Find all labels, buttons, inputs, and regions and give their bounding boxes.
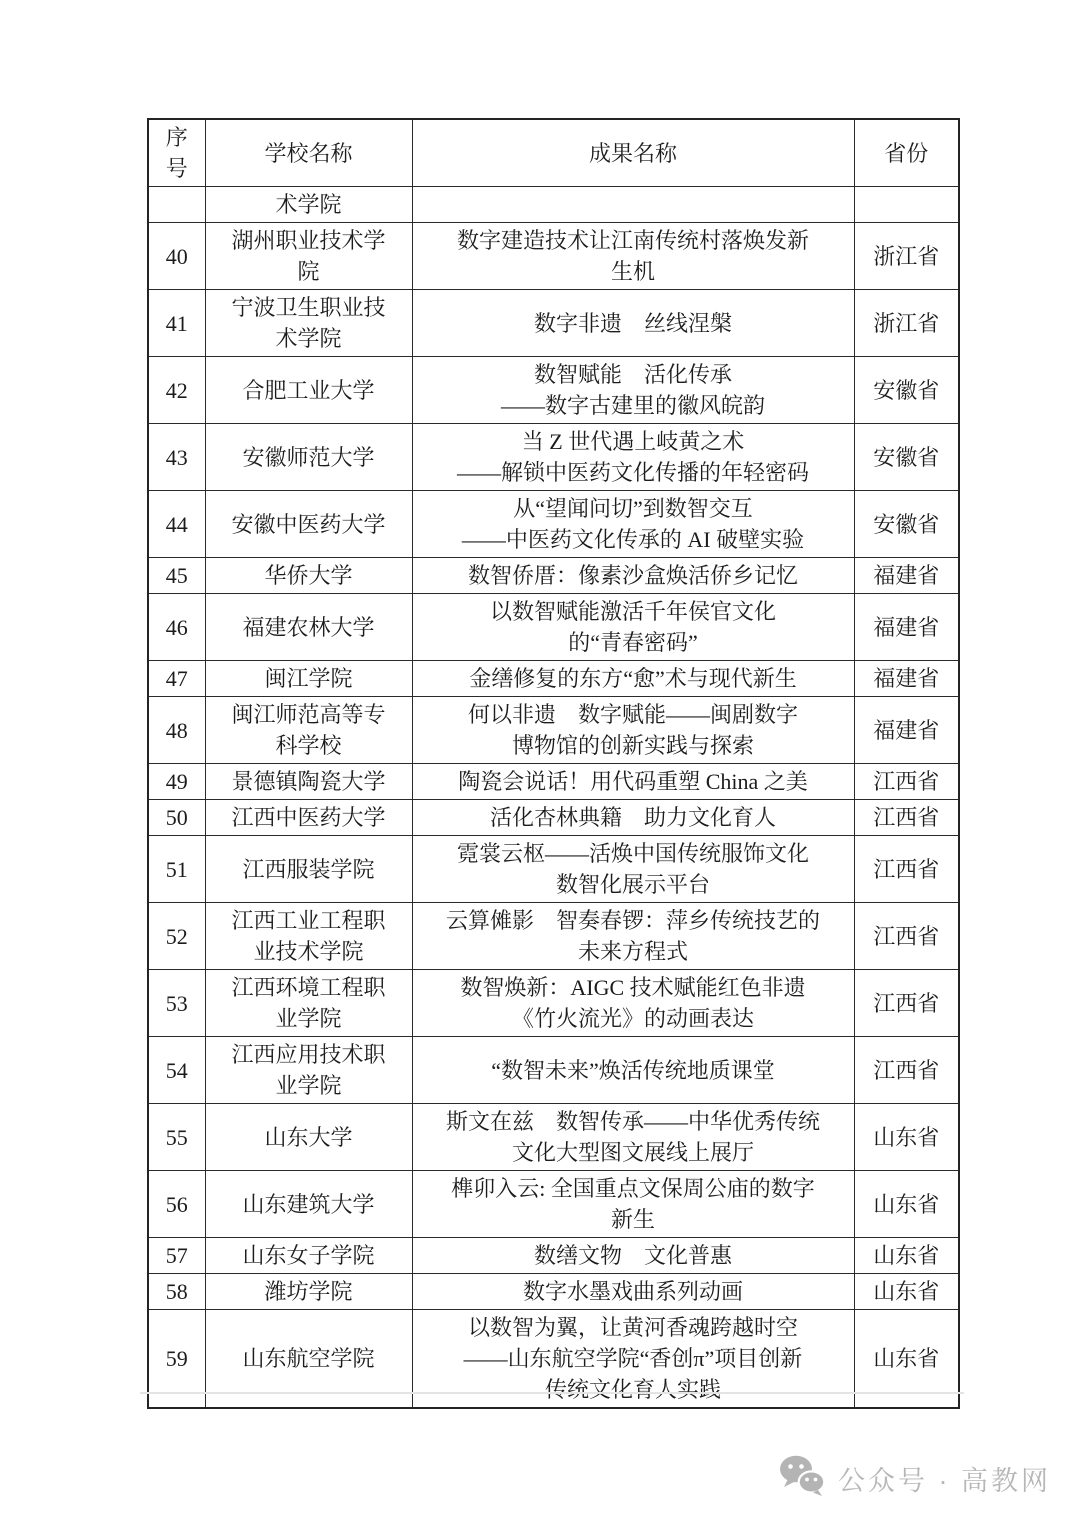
cell-no: 43: [148, 424, 205, 491]
cell-no: 52: [148, 903, 205, 970]
table-row: 47 闽江学院 金缮修复的东方“愈”术与现代新生 福建省: [148, 661, 959, 697]
cell-result: 活化杏林典籍 助力文化育人: [412, 800, 854, 836]
cell-province: 福建省: [854, 558, 959, 594]
cell-province: 江西省: [854, 1037, 959, 1104]
cell-result: 霓裳云枢——活焕中国传统服饰文化 数智化展示平台: [412, 836, 854, 903]
cell-province: 浙江省: [854, 290, 959, 357]
cell-school: 山东建筑大学: [205, 1171, 412, 1238]
cell-school: 闽江学院: [205, 661, 412, 697]
cell-province: 福建省: [854, 697, 959, 764]
cell-school: 合肥工业大学: [205, 357, 412, 424]
cell-school: 闽江师范高等专 科学校: [205, 697, 412, 764]
table-row: 58 潍坊学院 数字水墨戏曲系列动画 山东省: [148, 1274, 959, 1310]
table-row: 46 福建农林大学 以数智赋能激活千年侯官文化 的“青春密码” 福建省: [148, 594, 959, 661]
achievement-table: 序 号 学校名称 成果名称 省份 术学院 40 湖州职业技术学 院 数字建造技术…: [147, 118, 960, 1409]
cell-school: 江西服装学院: [205, 836, 412, 903]
header-no: 序 号: [148, 119, 205, 187]
cell-no: 54: [148, 1037, 205, 1104]
cell-province: 江西省: [854, 800, 959, 836]
table-row: 41 宁波卫生职业技 术学院 数字非遗 丝线涅槃 浙江省: [148, 290, 959, 357]
cell-result: 陶瓷会说话！用代码重塑 China 之美: [412, 764, 854, 800]
cell-province: 山东省: [854, 1238, 959, 1274]
table-row: 42 合肥工业大学 数智赋能 活化传承 ——数字古建里的徽风皖韵 安徽省: [148, 357, 959, 424]
table-row: 56 山东建筑大学 榫卯入云: 全国重点文保周公庙的数字 新生 山东省: [148, 1171, 959, 1238]
cell-result: 数智赋能 活化传承 ——数字古建里的徽风皖韵: [412, 357, 854, 424]
cell-school: 宁波卫生职业技 术学院: [205, 290, 412, 357]
watermark-text: 公众号 · 高教网: [838, 1459, 1051, 1498]
cell-province: 安徽省: [854, 424, 959, 491]
table-row: 52 江西工业工程职 业技术学院 云算傩影 智奏春锣：萍乡传统技艺的 未来方程式…: [148, 903, 959, 970]
cell-no: 50: [148, 800, 205, 836]
cell-result: [412, 187, 854, 223]
table-row: 术学院: [148, 187, 959, 223]
header-province: 省份: [854, 119, 959, 187]
cell-province: 山东省: [854, 1274, 959, 1310]
cell-no: 48: [148, 697, 205, 764]
table-row: 43 安徽师范大学 当 Z 世代遇上岐黄之术 ——解锁中医药文化传播的年轻密码 …: [148, 424, 959, 491]
cell-no: 57: [148, 1238, 205, 1274]
header-school: 学校名称: [205, 119, 412, 187]
header-result: 成果名称: [412, 119, 854, 187]
cell-province: [854, 187, 959, 223]
table-row: 55 山东大学 斯文在兹 数智传承——中华优秀传统 文化大型图文展线上展厅 山东…: [148, 1104, 959, 1171]
cell-no: 42: [148, 357, 205, 424]
table-row: 50 江西中医药大学 活化杏林典籍 助力文化育人 江西省: [148, 800, 959, 836]
cell-school: 山东大学: [205, 1104, 412, 1171]
cell-result: 以数智赋能激活千年侯官文化 的“青春密码”: [412, 594, 854, 661]
cell-result: “数智未来”焕活传统地质课堂: [412, 1037, 854, 1104]
cell-result: 数智侨厝：像素沙盒焕活侨乡记忆: [412, 558, 854, 594]
cell-result: 数字非遗 丝线涅槃: [412, 290, 854, 357]
cell-result: 数缮文物 文化普惠: [412, 1238, 854, 1274]
cell-result: 金缮修复的东方“愈”术与现代新生: [412, 661, 854, 697]
cell-school: 江西工业工程职 业技术学院: [205, 903, 412, 970]
cell-province: 福建省: [854, 594, 959, 661]
table-row: 54 江西应用技术职 业学院 “数智未来”焕活传统地质课堂 江西省: [148, 1037, 959, 1104]
cell-province: 浙江省: [854, 223, 959, 290]
table-bottom-shadow: [140, 1392, 964, 1394]
cell-result: 斯文在兹 数智传承——中华优秀传统 文化大型图文展线上展厅: [412, 1104, 854, 1171]
cell-province: 江西省: [854, 836, 959, 903]
cell-province: 安徽省: [854, 491, 959, 558]
cell-province: 江西省: [854, 764, 959, 800]
cell-result: 榫卯入云: 全国重点文保周公庙的数字 新生: [412, 1171, 854, 1238]
cell-province: 山东省: [854, 1171, 959, 1238]
cell-no: 58: [148, 1274, 205, 1310]
cell-school: 安徽师范大学: [205, 424, 412, 491]
cell-no: 45: [148, 558, 205, 594]
cell-school: 山东女子学院: [205, 1238, 412, 1274]
cell-province: 江西省: [854, 970, 959, 1037]
cell-no: 47: [148, 661, 205, 697]
cell-school: 华侨大学: [205, 558, 412, 594]
cell-result: 当 Z 世代遇上岐黄之术 ——解锁中医药文化传播的年轻密码: [412, 424, 854, 491]
cell-result: 云算傩影 智奏春锣：萍乡传统技艺的 未来方程式: [412, 903, 854, 970]
cell-result: 数字建造技术让江南传统村落焕发新 生机: [412, 223, 854, 290]
cell-no: [148, 187, 205, 223]
cell-province: 福建省: [854, 661, 959, 697]
cell-school: 景德镇陶瓷大学: [205, 764, 412, 800]
cell-no: 41: [148, 290, 205, 357]
cell-result: 从“望闻问切”到数智交互 ——中医药文化传承的 AI 破壁实验: [412, 491, 854, 558]
table-row: 48 闽江师范高等专 科学校 何以非遗 数字赋能——闽剧数字 博物馆的创新实践与…: [148, 697, 959, 764]
table-body: 术学院 40 湖州职业技术学 院 数字建造技术让江南传统村落焕发新 生机 浙江省…: [148, 187, 959, 1409]
cell-school: 湖州职业技术学 院: [205, 223, 412, 290]
cell-no: 51: [148, 836, 205, 903]
cell-no: 40: [148, 223, 205, 290]
cell-no: 53: [148, 970, 205, 1037]
table-row: 40 湖州职业技术学 院 数字建造技术让江南传统村落焕发新 生机 浙江省: [148, 223, 959, 290]
cell-school: 江西应用技术职 业学院: [205, 1037, 412, 1104]
cell-no: 55: [148, 1104, 205, 1171]
cell-school: 福建农林大学: [205, 594, 412, 661]
wechat-icon: [779, 1455, 825, 1502]
cell-province: 山东省: [854, 1104, 959, 1171]
cell-no: 49: [148, 764, 205, 800]
cell-result: 数智焕新：AIGC 技术赋能红色非遗 《竹火流光》的动画表达: [412, 970, 854, 1037]
cell-no: 56: [148, 1171, 205, 1238]
table-header-row: 序 号 学校名称 成果名称 省份: [148, 119, 959, 187]
table-row: 44 安徽中医药大学 从“望闻问切”到数智交互 ——中医药文化传承的 AI 破壁…: [148, 491, 959, 558]
cell-no: 44: [148, 491, 205, 558]
cell-result: 何以非遗 数字赋能——闽剧数字 博物馆的创新实践与探索: [412, 697, 854, 764]
watermark: 公众号 · 高教网: [779, 1452, 1051, 1504]
cell-school: 术学院: [205, 187, 412, 223]
cell-no: 46: [148, 594, 205, 661]
cell-province: 江西省: [854, 903, 959, 970]
cell-school: 潍坊学院: [205, 1274, 412, 1310]
table-row: 51 江西服装学院 霓裳云枢——活焕中国传统服饰文化 数智化展示平台 江西省: [148, 836, 959, 903]
table-row: 53 江西环境工程职 业学院 数智焕新：AIGC 技术赋能红色非遗 《竹火流光》…: [148, 970, 959, 1037]
cell-result: 数字水墨戏曲系列动画: [412, 1274, 854, 1310]
cell-school: 江西中医药大学: [205, 800, 412, 836]
cell-school: 安徽中医药大学: [205, 491, 412, 558]
cell-school: 江西环境工程职 业学院: [205, 970, 412, 1037]
cell-province: 安徽省: [854, 357, 959, 424]
table-row: 57 山东女子学院 数缮文物 文化普惠 山东省: [148, 1238, 959, 1274]
table-row: 45 华侨大学 数智侨厝：像素沙盒焕活侨乡记忆 福建省: [148, 558, 959, 594]
table-row: 49 景德镇陶瓷大学 陶瓷会说话！用代码重塑 China 之美 江西省: [148, 764, 959, 800]
